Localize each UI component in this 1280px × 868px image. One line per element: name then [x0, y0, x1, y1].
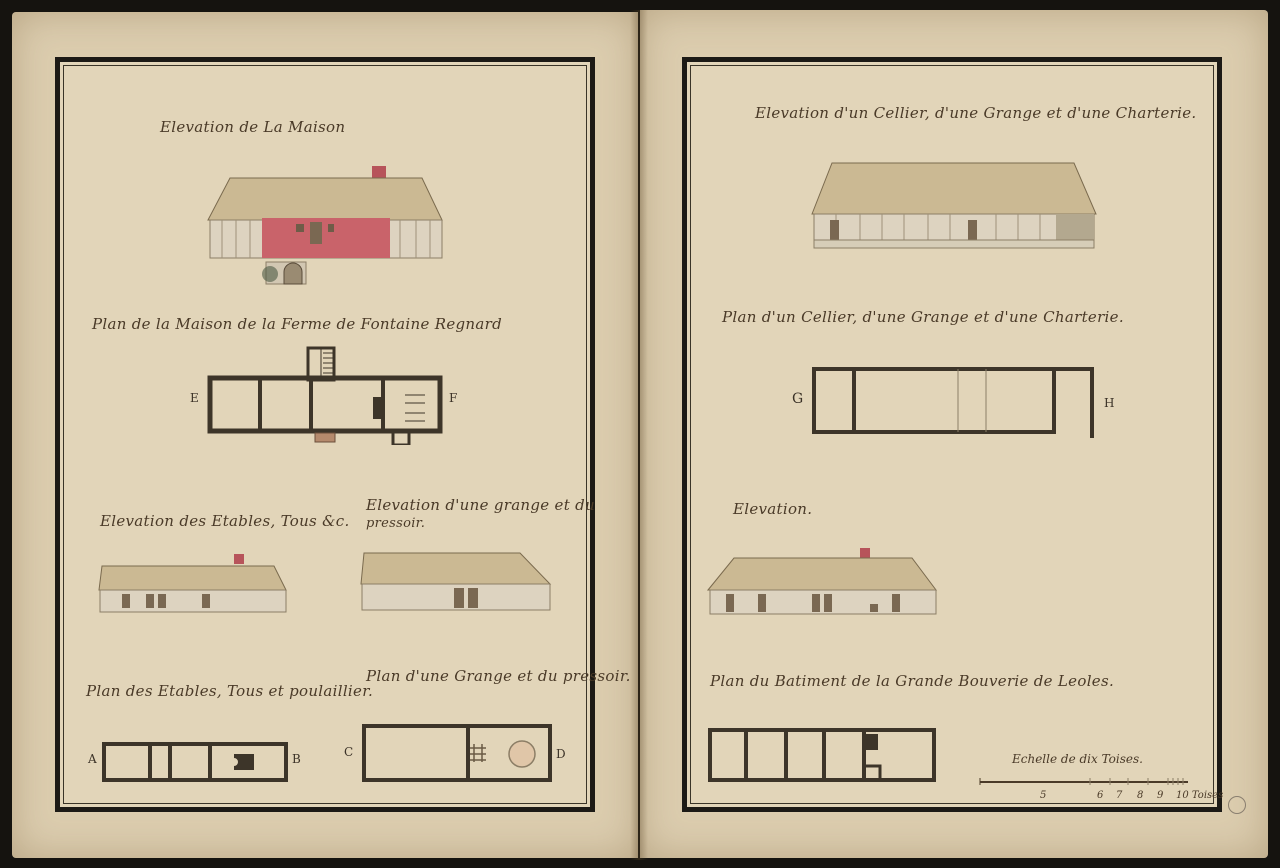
stables-elevation-drawing	[96, 552, 292, 618]
house-elevation-title: Elevation de La Maison	[160, 118, 345, 136]
plan-letter-c: C	[344, 745, 353, 759]
scale-tick-9: 9	[1157, 790, 1163, 801]
barn-press-plan-title: Plan d'une Grange et du pressoir.	[366, 667, 631, 685]
stables-elevation-title: Elevation des Etables, Tous &c.	[100, 512, 350, 530]
elevation-title: Elevation.	[733, 500, 812, 518]
bouverie-elevation-drawing	[704, 546, 940, 620]
cellar-barn-elevation-title: Elevation d'un Cellier, d'une Grange et …	[755, 104, 1196, 122]
bouverie-plan-title: Plan du Batiment de la Grande Bouverie d…	[710, 672, 1114, 690]
bouverie-plan-drawing	[706, 726, 938, 784]
cellar-barn-elevation-drawing	[808, 160, 1100, 254]
barn-press-elevation-title-line2: pressoir.	[366, 516, 425, 531]
cellar-barn-plan-drawing	[810, 364, 1100, 438]
book-gutter	[630, 10, 648, 860]
scale-tick-5: 5	[1040, 790, 1046, 801]
barn-press-plan-drawing	[360, 722, 554, 784]
plan-letter-g: G	[792, 391, 803, 407]
plan-letter-d: D	[556, 747, 566, 761]
barn-press-elevation-title-line1: Elevation d'une grange et du	[366, 496, 595, 514]
scale-title: Echelle de dix Toises.	[1012, 752, 1143, 766]
plan-letter-e: E	[190, 391, 199, 405]
house-elevation-drawing	[200, 162, 450, 292]
scale-bar	[978, 776, 1192, 788]
scale-tick-8: 8	[1137, 790, 1143, 801]
house-plan-title: Plan de la Maison de la Ferme de Fontain…	[92, 315, 502, 333]
house-plan-drawing	[205, 345, 445, 445]
scale-tick-7: 7	[1116, 790, 1122, 801]
stables-plan-drawing	[100, 740, 290, 784]
scale-tick-6: 6	[1097, 790, 1103, 801]
cellar-barn-plan-title: Plan d'un Cellier, d'une Grange et d'une…	[722, 308, 1124, 326]
scale-tick-10: 10 Toises	[1176, 790, 1223, 801]
barn-press-elevation-drawing	[358, 548, 554, 618]
plan-letter-f: F	[449, 391, 457, 405]
library-stamp-icon	[1228, 796, 1246, 814]
plan-letter-h: H	[1104, 396, 1114, 410]
stables-plan-title: Plan des Etables, Tous et poulaillier.	[86, 682, 373, 700]
plan-letter-a: A	[88, 752, 97, 766]
plan-letter-b: B	[292, 752, 301, 766]
